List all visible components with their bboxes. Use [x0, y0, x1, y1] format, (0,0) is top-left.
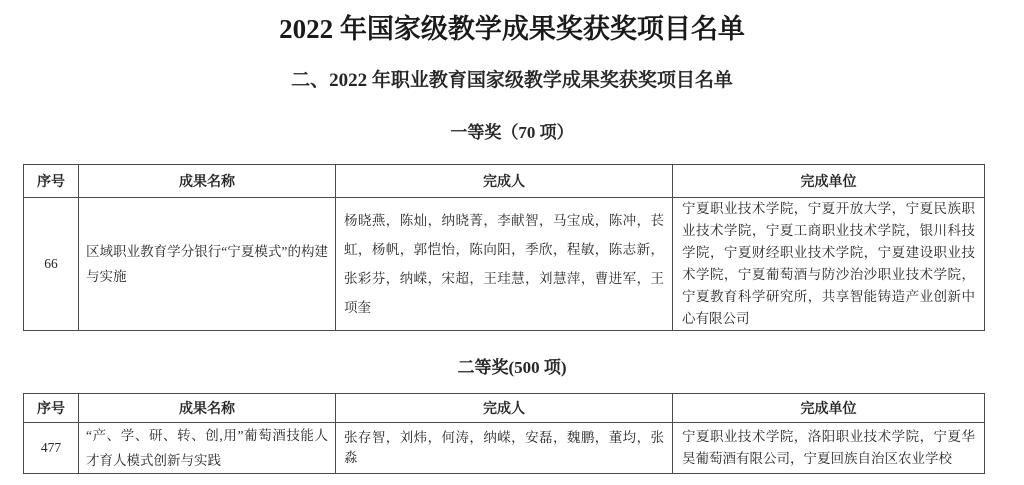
- cell-achievement-name: 区域职业教育学分银行“宁夏模式”的构建与实施: [79, 198, 336, 331]
- cell-serial-number: 477: [24, 423, 79, 474]
- first-prize-table: 序号 成果名称 完成人 完成单位 66 区域职业教育学分银行“宁夏模式”的构建与…: [23, 164, 985, 331]
- cell-organizations: 宁夏职业技术学院，洛阳职业技术学院，宁夏华昊葡萄酒有限公司，宁夏回族自治区农业学…: [673, 423, 985, 474]
- cell-organizations: 宁夏职业技术学院，宁夏开放大学，宁夏民族职业技术学院，宁夏工商职业技术学院，银川…: [673, 198, 985, 331]
- section-heading-second-prize: 二等奖(500 项): [0, 358, 1024, 378]
- cell-contributors: 张存智，刘炜，何涛，纳嵘，安磊，魏鹏，董均，张淼: [336, 423, 673, 474]
- second-prize-table: 序号 成果名称 完成人 完成单位 477 “产、学、研、转、创,用”葡萄酒技能人…: [23, 393, 985, 474]
- table-row: 66 区域职业教育学分银行“宁夏模式”的构建与实施 杨晓燕，陈灿，纳晓菁，李献智…: [24, 198, 985, 331]
- page-title: 2022 年国家级教学成果奖获奖项目名单: [0, 0, 1024, 45]
- column-header-achievement: 成果名称: [79, 394, 336, 423]
- column-header-serial: 序号: [24, 394, 79, 423]
- column-header-achievement: 成果名称: [79, 165, 336, 198]
- column-header-organizations: 完成单位: [673, 165, 985, 198]
- cell-contributors: 杨晓燕，陈灿，纳晓菁，李献智，马宝成，陈冲，苌虹，杨帆，郭恺怡，陈向阳，季欣，程…: [336, 198, 673, 331]
- section-heading-first-prize: 一等奖（70 项）: [0, 123, 1024, 143]
- page-subtitle: 二、2022 年职业教育国家级教学成果奖获奖项目名单: [0, 70, 1024, 91]
- table-row: 477 “产、学、研、转、创,用”葡萄酒技能人才育人模式创新与实践 张存智，刘炜…: [24, 423, 985, 474]
- cell-serial-number: 66: [24, 198, 79, 331]
- column-header-serial: 序号: [24, 165, 79, 198]
- column-header-contributors: 完成人: [336, 165, 673, 198]
- column-header-contributors: 完成人: [336, 394, 673, 423]
- table-header-row: 序号 成果名称 完成人 完成单位: [24, 165, 985, 198]
- cell-achievement-name: “产、学、研、转、创,用”葡萄酒技能人才育人模式创新与实践: [79, 423, 336, 474]
- table-header-row: 序号 成果名称 完成人 完成单位: [24, 394, 985, 423]
- column-header-organizations: 完成单位: [673, 394, 985, 423]
